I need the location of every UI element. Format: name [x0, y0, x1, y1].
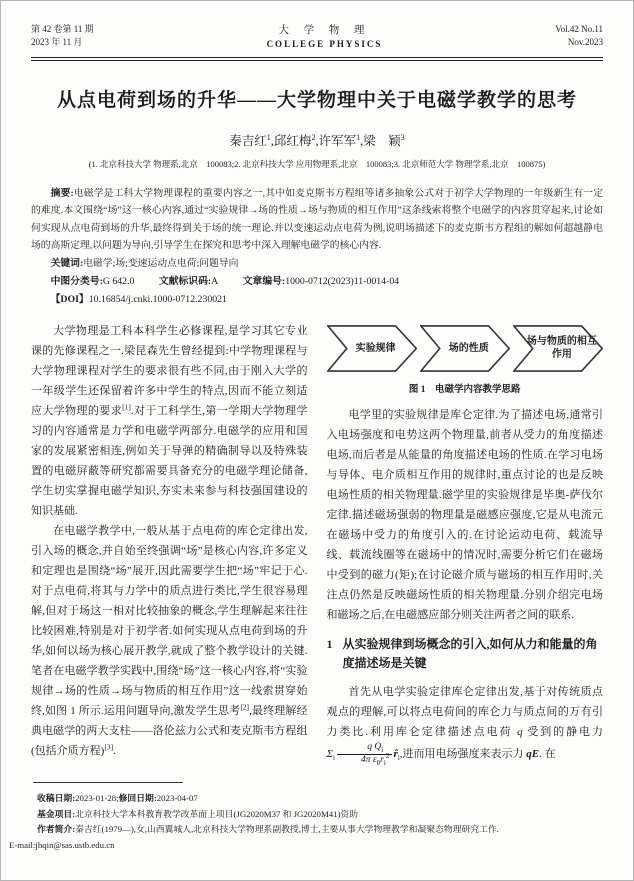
- author: 许军军1: [319, 134, 361, 148]
- doi-value: 10.16854/j.cnki.1000-0712.230021: [89, 294, 227, 305]
- doi-label: 【DOI】: [51, 294, 89, 305]
- section-number: 1: [327, 635, 333, 673]
- citation-ref-1: [1]: [122, 403, 131, 412]
- figure-1-caption: 图 1 电磁学内容教学思路: [327, 381, 604, 395]
- received-label: 收稿日期:: [37, 793, 75, 803]
- keywords: 关键词:电磁学;场;变速运动点电荷;问题导向: [31, 255, 603, 272]
- abstract-text: 电磁学是工科大学物理课程的重要内容之一,其中如麦克斯韦方程组等诸多抽象公式对于初…: [31, 188, 603, 250]
- funding-label: 基金项目:: [37, 809, 75, 819]
- paragraph-2: 在电磁学教学中,一般从基于点电荷的库仑定律出发,引入场的概念,并自始至终强调“场…: [31, 521, 308, 761]
- right-column: 实验规律 场的性质 场与物质的相互作用 图 1 电磁学内容教学思路 电学里的实验…: [327, 321, 604, 768]
- section-1-heading: 1从实验规律到场概念的引入,如何从力和能量的角度描述场是关键: [327, 635, 604, 673]
- issue-date-en: Nov.2023: [555, 36, 603, 49]
- issue-info: 第 42 卷第 11 期 2023 年 11 月: [31, 23, 94, 49]
- flow-step-2: 场的性质: [420, 325, 510, 372]
- keywords-label: 关键词:: [51, 258, 84, 269]
- clc-label: 中图分类号:: [51, 276, 103, 287]
- abstract: 摘要:电磁学是工科大学物理课程的重要内容之一,其中如麦克斯韦方程组等诸多抽象公式…: [31, 185, 603, 254]
- volume-info-en: Vol.42 No.11 Nov.2023: [555, 23, 603, 49]
- funding-line: 基金项目:北京科技大学本科教育教学改革面上项目(JG2020M37 和 JG20…: [31, 807, 603, 823]
- author: 秦吉红1: [229, 134, 271, 148]
- paragraph-1: 大学物理是工科本科学生必修课程,是学习其它专业课的先修课程之一.梁昆森先生曾经提…: [31, 321, 308, 521]
- doc-code-value: A: [211, 276, 218, 287]
- page-title: 从点电荷到场的升华——大学物理中关于电磁学教学的思考: [31, 85, 603, 112]
- footnote-divider: [33, 782, 183, 783]
- classification-line: 中图分类号:G 642.0文献标识码:A文章编号:1000-0712(2023)…: [31, 273, 603, 290]
- paragraph-4: 首先从电学实验定律库仑定律出发,基于对传统质点观点的理解,可以将点电荷间的库仑力…: [327, 682, 604, 768]
- journal-header: 第 42 卷第 11 期 2023 年 11 月 大 学 物 理 COLLEGE…: [31, 23, 603, 51]
- author-line: 秦吉红1,邱红梅2,许军军1,梁 颖3: [31, 131, 603, 149]
- issue-date-cn: 2023 年 11 月: [31, 36, 94, 49]
- section-title: 从实验规律到场概念的引入,如何从力和能量的角度描述场是关键: [343, 635, 604, 673]
- front-matter: 摘要:电磁学是工科大学物理课程的重要内容之一,其中如麦克斯韦方程组等诸多抽象公式…: [31, 185, 603, 308]
- header-divider: [31, 57, 603, 61]
- paper-page: 第 42 卷第 11 期 2023 年 11 月 大 学 物 理 COLLEGE…: [0, 0, 634, 881]
- keywords-text: 电磁学;场;变速运动点电荷;问题导向: [83, 258, 238, 269]
- teaching-flow-diagram: 实验规律 场的性质 场与物质的相互作用: [327, 325, 604, 372]
- abstract-label: 摘要:: [51, 188, 74, 199]
- received-date-line: 收稿日期:2023-01-28;修回日期:2023-04-07: [31, 791, 603, 807]
- article-body: 大学物理是工科本科学生必修课程,是学习其它专业课的先修课程之一.梁昆森先生曾经提…: [31, 321, 603, 768]
- email-line: E-mail:jhqin@sas.ustb.edu.cn: [9, 838, 603, 854]
- footnotes: 收稿日期:2023-01-28;修回日期:2023-04-07 基金项目:北京科…: [31, 791, 603, 854]
- vol-no-en: Vol.42 No.11: [555, 23, 603, 36]
- author: 邱红梅2: [274, 134, 316, 148]
- author: 梁 颖3: [363, 134, 405, 148]
- author-bio-line: 作者简介:秦吉红(1979—),女,山西翼城人,北京科技大学物理系副教授,博士,…: [31, 822, 603, 838]
- bio-label: 作者简介:: [37, 824, 75, 834]
- affiliation-line: (1. 北京科技大学 物理系,北京 100083;2. 北京科技大学 应用物理系…: [31, 158, 603, 170]
- clc-value: G 642.0: [103, 276, 135, 287]
- citation-ref-2: [2]: [240, 703, 249, 712]
- variable-qE: qE: [526, 748, 539, 760]
- flow-step-1: 实验规律: [327, 325, 417, 372]
- left-column: 大学物理是工科本科学生必修课程,是学习其它专业课的先修课程之一.梁昆森先生曾经提…: [31, 321, 308, 768]
- citation-ref-3: [3]: [104, 743, 113, 752]
- article-id-label: 文章编号:: [243, 276, 285, 287]
- flow-step-3: 场与物质的相互作用: [513, 325, 603, 372]
- coulomb-force-formula: Σiq Qi4π ε0ri2r̂i: [327, 748, 400, 760]
- doc-code-label: 文献标识码:: [159, 276, 211, 287]
- figure-1: 实验规律 场的性质 场与物质的相互作用 图 1 电磁学内容教学思路: [327, 325, 604, 395]
- revised-label: 修回日期:: [119, 793, 157, 803]
- journal-name: 大 学 物 理 COLLEGE PHYSICS: [267, 23, 383, 51]
- doi-line: 【DOI】10.16854/j.cnki.1000-0712.230021: [31, 291, 603, 308]
- article-id-value: 1000-0712(2023)11-0014-04: [285, 276, 399, 287]
- journal-name-cn: 大 学 物 理: [267, 23, 383, 38]
- journal-name-en: COLLEGE PHYSICS: [267, 38, 383, 51]
- volume-issue: 第 42 卷第 11 期: [31, 23, 94, 36]
- paragraph-3: 电学里的实验规律是库仑定律.为了描述电场,通常引入电场强度和电势这两个物理量,前…: [327, 405, 604, 625]
